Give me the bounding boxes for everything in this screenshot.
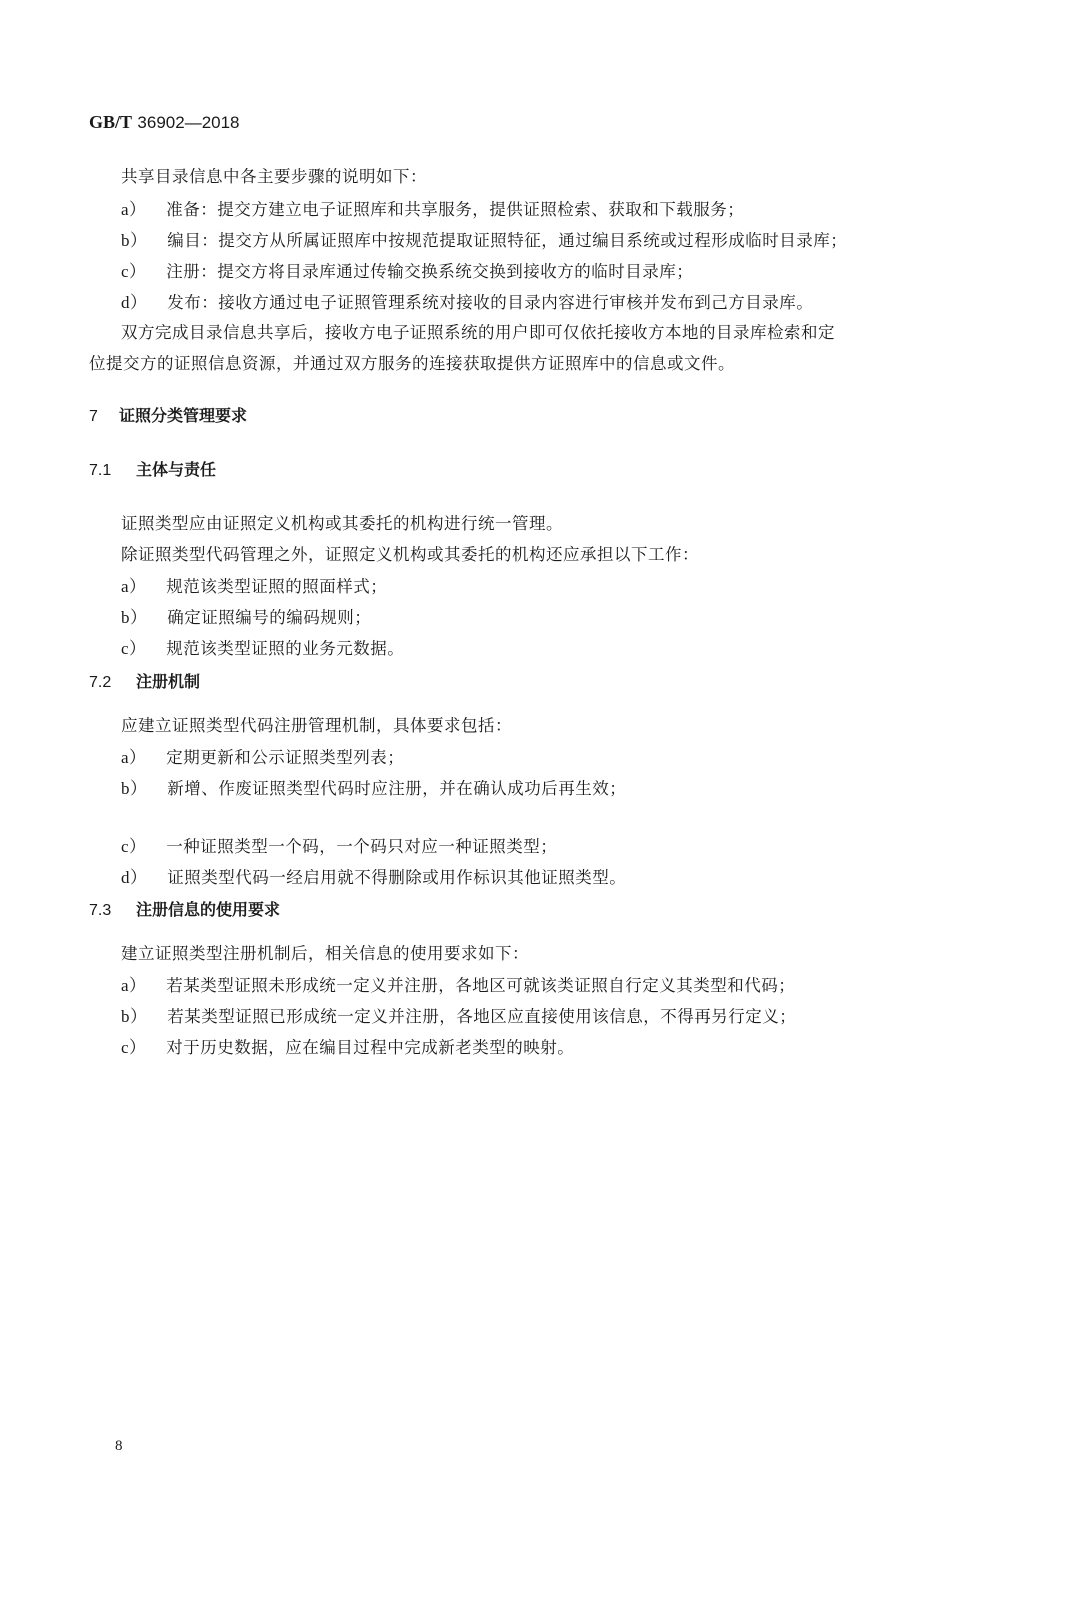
item-label: b） (121, 779, 148, 798)
section-title: 证照分类管理要求 (119, 406, 247, 425)
section-number: 7.1 (89, 462, 136, 480)
section-title: 注册信息的使用要求 (136, 900, 280, 919)
item-text: 定期更新和公示证照类型列表； (166, 748, 404, 767)
s72-item-c: c） 一种证照类型一个码，一个码只对应一种证照类型； (121, 832, 557, 857)
item-text: 准备：提交方建立电子证照库和共享服务，提供证照检索、获取和下载服务； (166, 200, 744, 219)
item-label: c） (121, 1038, 147, 1057)
s73-item-c: c） 对于历史数据，应在编目过程中完成新老类型的映射。 (121, 1033, 574, 1058)
item-label: d） (121, 868, 148, 887)
s71-item-a: a） 规范该类型证照的照面样式； (121, 572, 387, 597)
s73-paragraph-1: 建立证照类型注册机制后，相关信息的使用要求如下： (121, 940, 529, 964)
s73-item-a: a） 若某类型证照未形成统一定义并注册，各地区可就该类证照自行定义其类型和代码； (121, 971, 795, 996)
item-label: a） (121, 976, 147, 995)
standard-number: 36902—2018 (137, 113, 239, 132)
section-number: 7 (89, 408, 119, 426)
item-text: 若某类型证照未形成统一定义并注册，各地区可就该类证照自行定义其类型和代码； (166, 976, 795, 995)
page-number: 8 (115, 1438, 123, 1455)
s73-item-b: b） 若某类型证照已形成统一定义并注册，各地区应直接使用该信息，不得再另行定义； (121, 1002, 796, 1027)
item-text: 一种证照类型一个码，一个码只对应一种证照类型； (166, 837, 557, 856)
s71-paragraph-2: 除证照类型代码管理之外，证照定义机构或其委托的机构还应承担以下工作： (121, 541, 699, 565)
section-7-1-heading: 7.1主体与责任 (89, 457, 216, 480)
item-text: 编目：提交方从所属证照库中按规范提取证照特征，通过编目系统或过程形成临时目录库； (167, 231, 847, 250)
item-label: a） (121, 200, 147, 219)
section-number: 7.3 (89, 902, 136, 920)
intro-closing-line1: 双方完成目录信息共享后，接收方电子证照系统的用户即可仅依托接收方本地的目录库检索… (121, 319, 835, 343)
s72-paragraph-1: 应建立证照类型代码注册管理机制，具体要求包括： (121, 712, 512, 736)
section-number: 7.2 (89, 674, 136, 692)
item-label: c） (121, 639, 147, 658)
intro-lead: 共享目录信息中各主要步骤的说明如下： (121, 163, 427, 187)
intro-item-c: c） 注册：提交方将目录库通过传输交换系统交换到接收方的临时目录库； (121, 257, 693, 282)
standard-code: GB/T 36902—2018 (89, 112, 240, 133)
item-text: 注册：提交方将目录库通过传输交换系统交换到接收方的临时目录库； (166, 262, 693, 281)
item-text: 发布：接收方通过电子证照管理系统对接收的目录内容进行审核并发布到己方目录库。 (167, 293, 813, 312)
section-7-heading: 7证照分类管理要求 (89, 403, 247, 426)
intro-item-d: d） 发布：接收方通过电子证照管理系统对接收的目录内容进行审核并发布到己方目录库… (121, 288, 813, 313)
item-label: a） (121, 748, 147, 767)
item-label: b） (121, 608, 148, 627)
intro-closing-line2: 位提交方的证照信息资源，并通过双方服务的连接获取提供方证照库中的信息或文件。 (89, 350, 735, 374)
item-text: 新增、作废证照类型代码时应注册，并在确认成功后再生效； (167, 779, 626, 798)
s71-paragraph-1: 证照类型应由证照定义机构或其委托的机构进行统一管理。 (121, 510, 563, 534)
item-label: c） (121, 837, 147, 856)
item-text: 若某类型证照已形成统一定义并注册，各地区应直接使用该信息，不得再另行定义； (167, 1007, 796, 1026)
s72-item-d: d） 证照类型代码一经启用就不得删除或用作标识其他证照类型。 (121, 863, 626, 888)
item-label: d） (121, 293, 148, 312)
item-text: 规范该类型证照的照面样式； (166, 577, 387, 596)
standard-prefix: GB/T (89, 112, 132, 132)
s72-item-b: b） 新增、作废证照类型代码时应注册，并在确认成功后再生效； (121, 774, 626, 799)
item-text: 对于历史数据，应在编目过程中完成新老类型的映射。 (166, 1038, 574, 1057)
item-text: 证照类型代码一经启用就不得删除或用作标识其他证照类型。 (167, 868, 626, 887)
item-label: b） (121, 231, 148, 250)
item-text: 确定证照编号的编码规则； (167, 608, 371, 627)
s71-item-c: c） 规范该类型证照的业务元数据。 (121, 634, 404, 659)
item-label: c） (121, 262, 147, 281)
s72-item-a: a） 定期更新和公示证照类型列表； (121, 743, 404, 768)
section-title: 注册机制 (136, 672, 200, 691)
s71-item-b: b） 确定证照编号的编码规则； (121, 603, 371, 628)
section-7-3-heading: 7.3注册信息的使用要求 (89, 897, 280, 920)
item-label: a） (121, 577, 147, 596)
intro-item-a: a） 准备：提交方建立电子证照库和共享服务，提供证照检索、获取和下载服务； (121, 195, 744, 220)
section-7-2-heading: 7.2注册机制 (89, 669, 200, 692)
intro-item-b: b） 编目：提交方从所属证照库中按规范提取证照特征，通过编目系统或过程形成临时目… (121, 226, 847, 251)
item-text: 规范该类型证照的业务元数据。 (166, 639, 404, 658)
section-title: 主体与责任 (136, 460, 216, 479)
item-label: b） (121, 1007, 148, 1026)
